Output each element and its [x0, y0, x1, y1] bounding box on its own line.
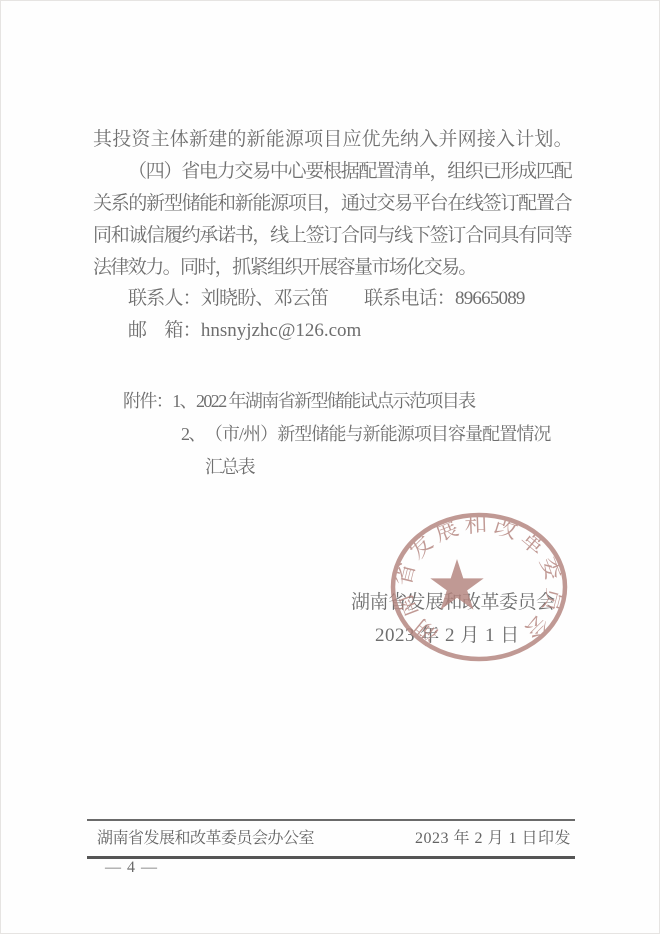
contact-email-label: 邮 箱： — [128, 320, 201, 341]
footer-office-name: 湖南省发展和改革委员会办公室 — [97, 829, 314, 849]
document-page: 其投资主体新建的新能源项目应优先纳入并网接入计划。 （四）省电力交易中心要根据配… — [0, 0, 660, 934]
attachment-item-2-marker: 2、 — [181, 418, 205, 484]
footer-row: 湖南省发展和改革委员会办公室 2023 年 2 月 1 日印发 — [87, 829, 575, 849]
attachment-item-1: 附件：1、2022 年湖南省新型储能试点示范项目表 — [123, 385, 550, 418]
contact-person-label: 联系人： — [128, 288, 201, 309]
attachment-item-2-text: （市/州）新型储能与新能源项目容量配置情况汇总表 — [205, 418, 550, 484]
body-text: 其投资主体新建的新能源项目应优先纳入并网接入计划。 （四）省电力交易中心要根据配… — [93, 124, 571, 284]
attachment-block: 附件：1、2022 年湖南省新型储能试点示范项目表 2、 （市/州）新型储能与新… — [123, 385, 550, 484]
footer-print-date: 2023 年 2 月 1 日印发 — [415, 829, 571, 849]
contact-email-row: 邮 箱：hnsnyjzhc@126.com — [128, 315, 361, 347]
star-icon — [430, 559, 483, 610]
contact-phone-number: 89665089 — [455, 288, 525, 309]
attachment-label: 附件： — [123, 391, 172, 411]
body-line: 其投资主体新建的新能源项目应优先纳入并网接入计划。 — [93, 124, 571, 156]
contact-block: 联系人：刘晓盼、邓云笛 联系电话：89665089 邮 箱：hnsnyjzhc@… — [128, 283, 361, 347]
body-line: 关系的新型储能和新能源项目，通过交易平台在线签订配置合 — [93, 188, 571, 220]
contact-phone-label: 联系电话： — [364, 288, 455, 309]
contact-person-row: 联系人：刘晓盼、邓云笛 联系电话：89665089 — [128, 283, 361, 315]
body-line: （四）省电力交易中心要根据配置清单，组织已形成匹配 — [93, 156, 571, 188]
body-line: 法律效力。同时，抓紧组织开展容量市场化交易。 — [93, 252, 571, 284]
page-number: — 4 — — [105, 859, 158, 877]
attachment-item-1-text: 1、2022 年湖南省新型储能试点示范项目表 — [172, 391, 474, 411]
footer-rule-top — [87, 819, 575, 821]
contact-email-address: hnsnyjzhc@126.com — [201, 320, 362, 341]
contact-phone-row: 联系电话：89665089 — [364, 283, 525, 315]
contact-person-names: 刘晓盼、邓云笛 — [201, 288, 328, 309]
attachment-item-2: 2、 （市/州）新型储能与新能源项目容量配置情况汇总表 — [181, 418, 550, 484]
body-line: 同和诚信履约承诺书，线上签订合同与线下签订合同具有同等 — [93, 220, 571, 252]
official-seal: 湖南省发展和改革委员会 — [389, 510, 571, 666]
footer-rule-bottom — [87, 856, 575, 859]
